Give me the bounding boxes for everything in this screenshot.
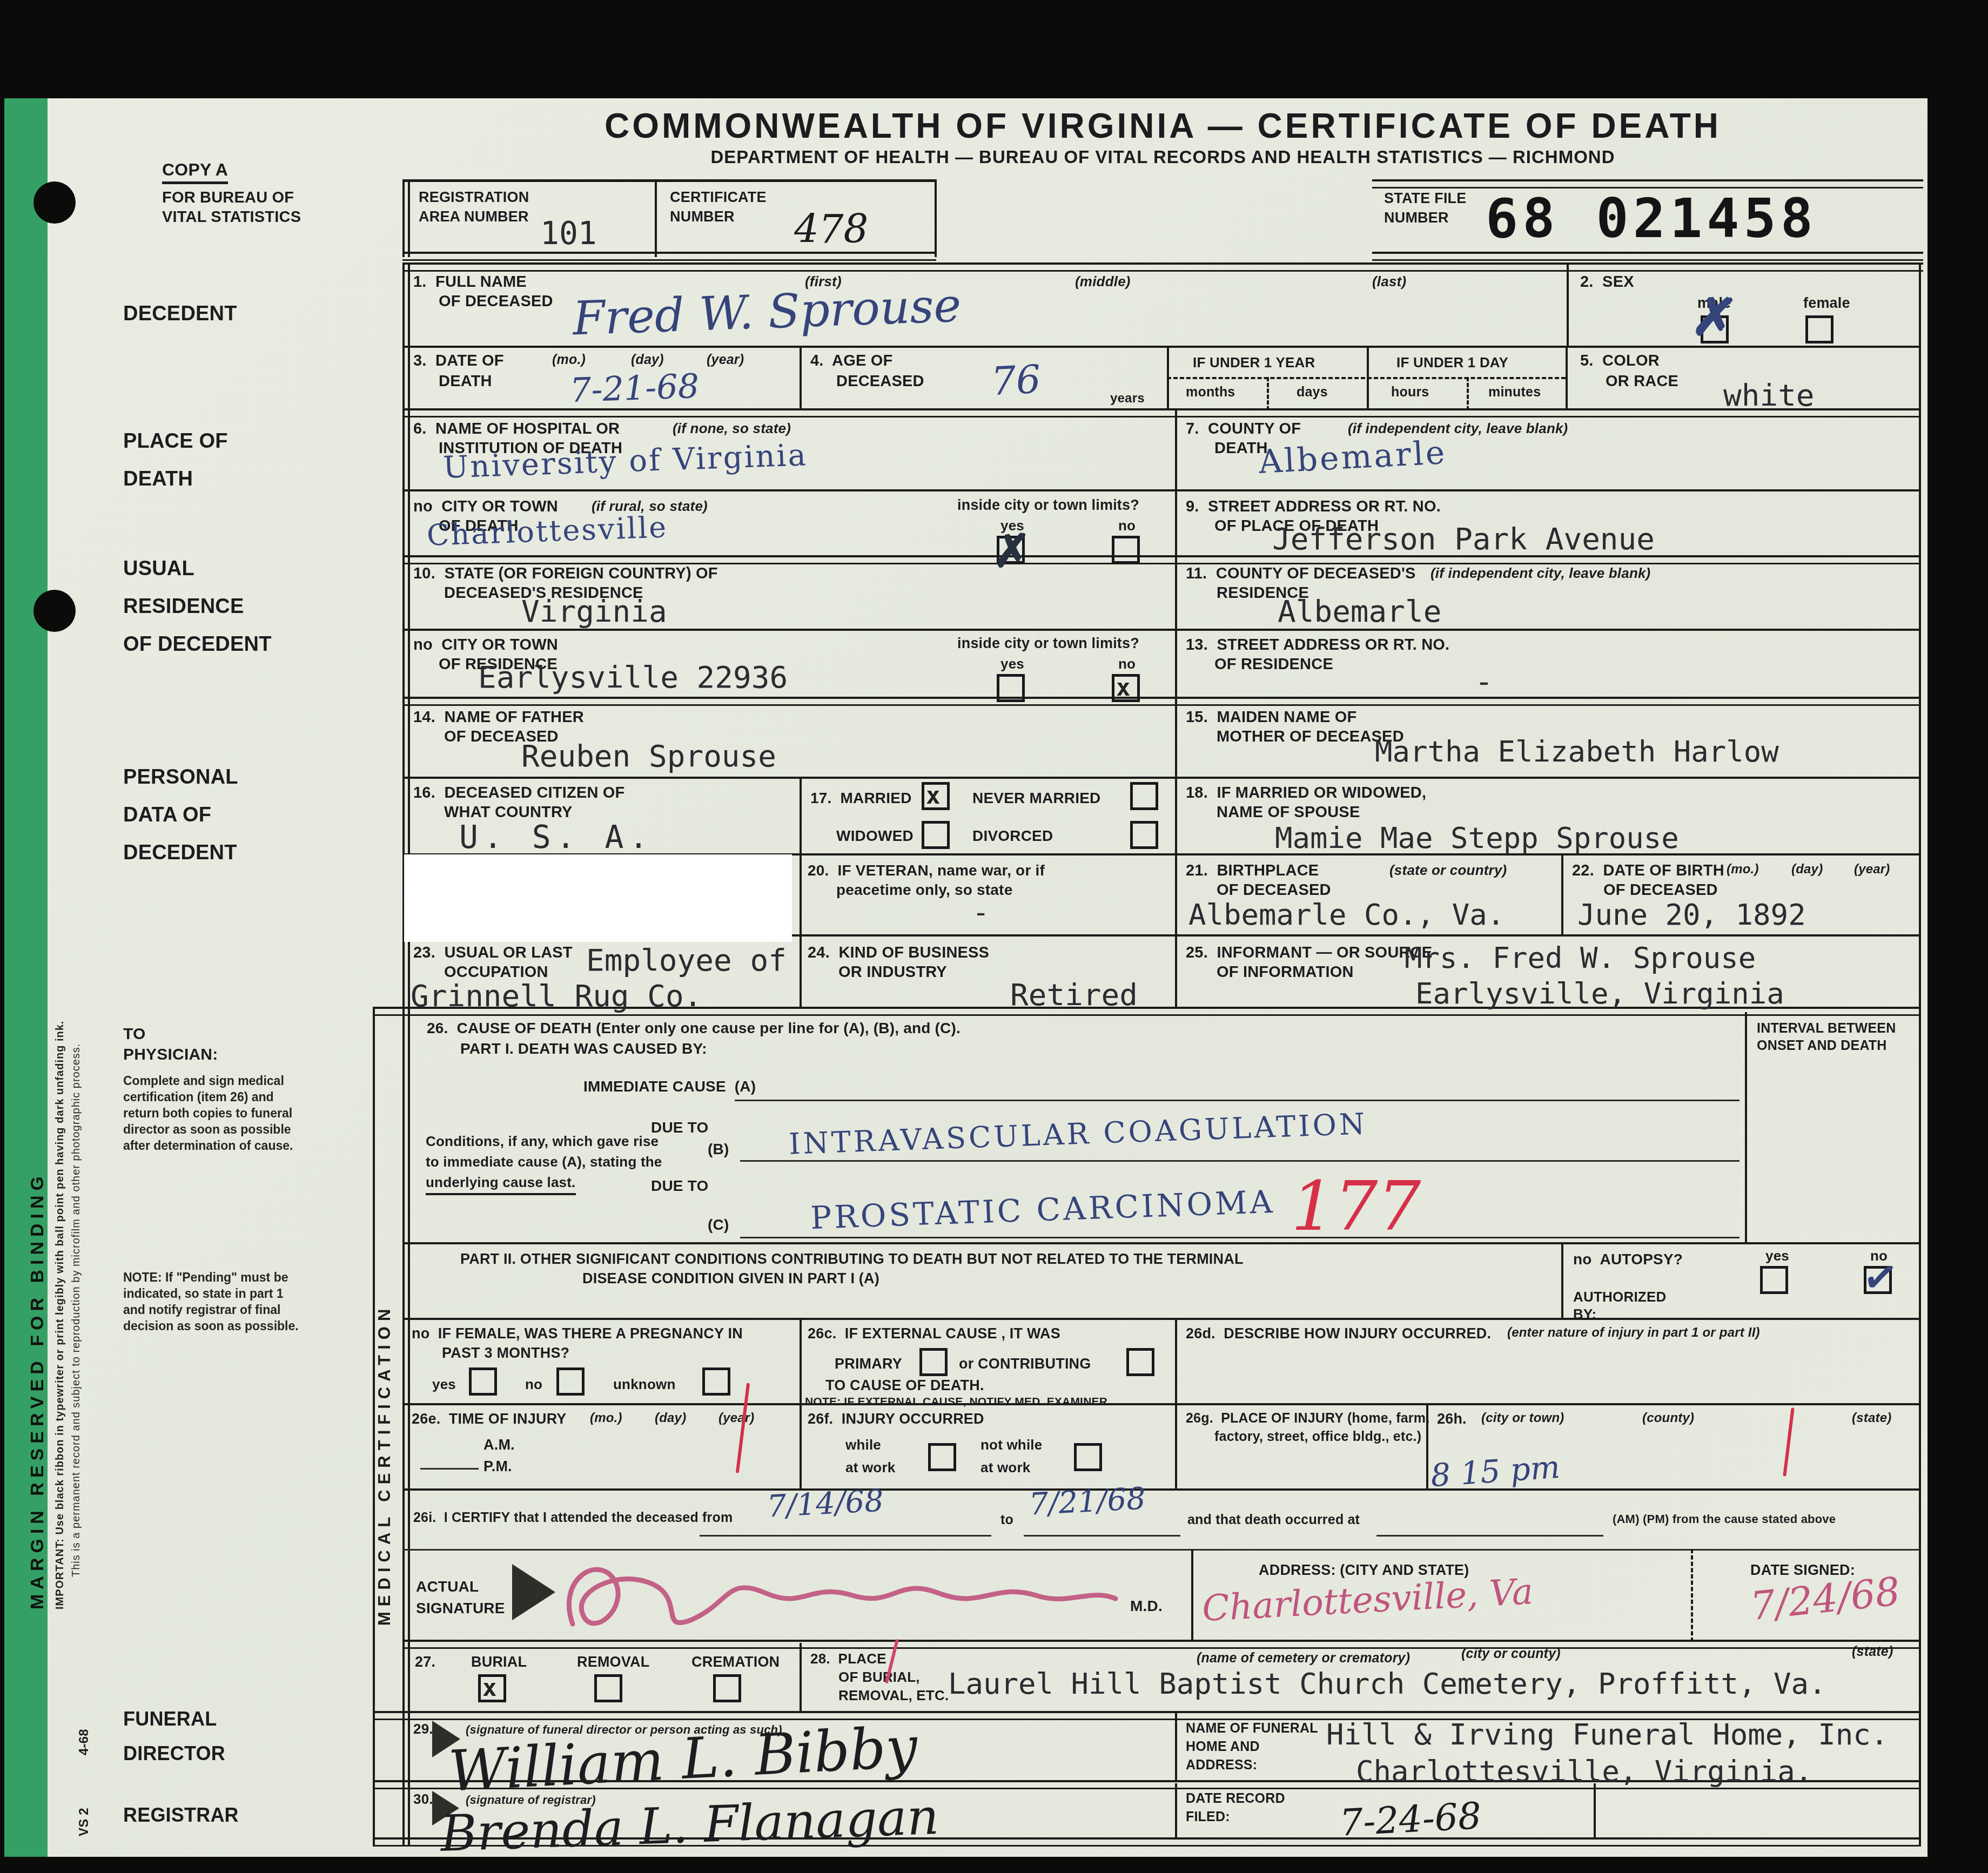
f13-label2: OF RESIDENCE: [1214, 656, 1333, 673]
f26a-auth2: BY:: [1573, 1306, 1596, 1323]
f26-part1: PART I. DEATH WAS CAUSED BY:: [460, 1040, 707, 1057]
f25-label2: OF INFORMATION: [1217, 964, 1354, 981]
f8-no-checkbox[interactable]: [1112, 536, 1140, 564]
f29-home-label3: ADDRESS:: [1186, 1757, 1257, 1773]
f26-cond3: underlying cause last.: [426, 1174, 576, 1195]
f30-date-label1: DATE RECORD: [1186, 1791, 1285, 1807]
f26g-label2: factory, street, office bldg., etc.): [1214, 1429, 1421, 1445]
f17-married-mark: x: [926, 782, 941, 810]
side-medical-certification: MEDICAL CERTIFICATION: [375, 1042, 394, 1626]
f28-hint2: (city or county): [1461, 1646, 1561, 1662]
f28-value[interactable]: Laurel Hill Baptist Church Cemetery, Pro…: [948, 1667, 1826, 1701]
f1-label1: 1. FULL NAME: [413, 273, 527, 291]
f5-label1: 5. COLOR: [1580, 352, 1660, 370]
f3-mo-hint: (mo.): [552, 352, 586, 368]
f26i-occurred-label: and that death occurred at: [1187, 1512, 1360, 1528]
f26b-label1: no IF FEMALE, WAS THERE A PREGNANCY IN: [412, 1325, 743, 1342]
redaction-box: [404, 854, 792, 942]
punch-hole: [33, 181, 76, 224]
f29-home-label2: HOME AND: [1186, 1739, 1260, 1755]
side-funeral2: DIRECTOR: [123, 1742, 225, 1765]
certificate-number-label1: CERTIFICATE: [670, 189, 767, 206]
f2-male-mark: ✗: [1689, 283, 1741, 351]
side-funeral1: FUNERAL: [123, 1708, 217, 1730]
f26c-contributing-checkbox[interactable]: [1126, 1348, 1154, 1376]
margin-binding-text: MARGIN RESERVED FOR BINDING: [27, 934, 48, 1609]
f12-label1: no CITY OR TOWN: [413, 636, 558, 654]
f26a-auth1: AUTHORIZED: [1573, 1289, 1666, 1305]
registration-area-label1: REGISTRATION: [419, 189, 529, 206]
f26a-yes-checkbox[interactable]: [1760, 1266, 1788, 1294]
f26e-mo-hint: (mo.): [590, 1411, 622, 1426]
f26-interval1: INTERVAL BETWEEN: [1757, 1021, 1896, 1036]
f17-divorced-label: DIVORCED: [972, 827, 1053, 845]
page-subtitle: DEPARTMENT OF HEALTH — BUREAU OF VITAL R…: [402, 147, 1923, 167]
f12-value[interactable]: Earlysville 22936: [478, 660, 788, 695]
f22-yr-hint: (year): [1854, 862, 1890, 877]
page-title: COMMONWEALTH OF VIRGINIA — CERTIFICATE O…: [402, 106, 1923, 146]
f13-label1: 13. STREET ADDRESS OR RT. NO.: [1186, 636, 1449, 654]
f26i-to-value[interactable]: 7/21/68: [1028, 1481, 1146, 1522]
f26-code-mark: 177: [1291, 1167, 1421, 1246]
f26i-to-label: to: [1000, 1512, 1013, 1528]
f26b-label2: PAST 3 MONTHS?: [442, 1345, 569, 1362]
f21-hint: (state or country): [1389, 862, 1507, 879]
f26f-notwhile-checkbox[interactable]: [1074, 1443, 1102, 1471]
f26b-yes-label: yes: [432, 1376, 456, 1393]
f12-no-mark: x: [1116, 674, 1131, 702]
f26f-notwhile-label2: at work: [980, 1459, 1030, 1476]
f18-label1: 18. IF MARRIED OR WIDOWED,: [1186, 784, 1426, 802]
f10-label1: 10. STATE (OR FOREIGN COUNTRY) OF: [413, 565, 718, 583]
f26c-label2: TO CAUSE OF DEATH.: [825, 1377, 984, 1394]
f20-value[interactable]: -: [972, 897, 989, 929]
f26e-day-hint: (day): [655, 1411, 686, 1426]
f6-label1: 6. NAME OF HOSPITAL OR: [413, 420, 620, 438]
f2-female-label: female: [1803, 295, 1850, 312]
f26e-yr-hint: (year): [718, 1411, 755, 1426]
f17-widowed-checkbox[interactable]: [922, 821, 950, 849]
f26e-label: 26e. TIME OF INJURY: [412, 1411, 567, 1427]
f27-cremation-checkbox[interactable]: [713, 1674, 741, 1702]
f2-female-checkbox[interactable]: [1805, 315, 1833, 343]
f24-label2: OR INDUSTRY: [838, 964, 947, 981]
f26-due2: DUE TO: [651, 1177, 708, 1195]
f27-burial-label: BURIAL: [471, 1654, 527, 1670]
side-personal1: PERSONAL: [123, 766, 238, 789]
side-usual1: USUAL: [123, 557, 194, 581]
f28-hint3: (state): [1852, 1644, 1893, 1660]
f27-burial-mark: x: [482, 1674, 497, 1702]
f27-removal-label: REMOVAL: [577, 1654, 649, 1670]
sig-label1: ACTUAL: [416, 1578, 479, 1595]
f27-removal-checkbox[interactable]: [594, 1674, 622, 1702]
f11-value[interactable]: Albemarle: [1278, 594, 1441, 629]
f25-value1[interactable]: Mrs. Fred W. Sprouse: [1405, 941, 1756, 975]
f13-value[interactable]: -: [1475, 664, 1493, 699]
f26e-am-label: A.M.: [483, 1437, 515, 1453]
f22-day-hint: (day): [1791, 862, 1823, 877]
f26h-county-hint: (county): [1642, 1411, 1694, 1426]
f17-never-label: NEVER MARRIED: [972, 790, 1101, 807]
certificate-number-value: 478: [794, 206, 868, 252]
f18-label2: NAME OF SPOUSE: [1217, 804, 1360, 821]
f26-due1: DUE TO: [651, 1119, 708, 1136]
f25-label1: 25. INFORMANT — OR SOURCE: [1186, 944, 1432, 962]
f17-married-label: 17. MARRIED: [810, 790, 912, 807]
f8-no-label: no: [1118, 517, 1136, 534]
side-personal3: DECEDENT: [123, 841, 237, 865]
f20-label1: 20. IF VETERAN, name war, or if: [808, 862, 1045, 879]
state-file-value: 68 021458: [1486, 187, 1817, 250]
f30-no: 30.: [413, 1791, 433, 1808]
f26-head: 26. CAUSE OF DEATH (Enter only one cause…: [427, 1020, 961, 1037]
f30-date-value[interactable]: 7-24-68: [1339, 1795, 1482, 1845]
f8-yes-mark: ✗: [993, 524, 1031, 577]
f26e-pm-label: P.M.: [483, 1458, 512, 1475]
f1-middle-hint: (middle): [1075, 273, 1131, 290]
f9-value[interactable]: Jefferson Park Avenue: [1272, 522, 1655, 557]
f4-years-label: years: [1110, 391, 1145, 406]
f26c-primary-checkbox[interactable]: [919, 1348, 948, 1376]
f18-value[interactable]: Mamie Mae Stepp Sprouse: [1275, 821, 1679, 855]
side-pending-note: NOTE: If "Pending" must be indicated, so…: [123, 1269, 301, 1334]
f5-value[interactable]: white: [1723, 378, 1815, 413]
under-days-label: days: [1297, 385, 1328, 400]
f10-value[interactable]: Virginia: [521, 594, 667, 629]
under-minutes-label: minutes: [1488, 385, 1541, 400]
f4-label1: 4. AGE OF: [810, 352, 892, 370]
f29-no: 29.: [413, 1721, 433, 1737]
certificate-number-label2: NUMBER: [670, 208, 735, 225]
f26f-label: 26f. INJURY OCCURRED: [808, 1411, 984, 1427]
physician-signature[interactable]: [551, 1546, 1124, 1646]
f23-value2[interactable]: Grinnell Rug Co.: [411, 979, 702, 1014]
death-certificate-scan: MARGIN RESERVED FOR BINDING IMPORTANT: U…: [0, 0, 1988, 1873]
side-personal2: DATA OF: [123, 804, 211, 827]
f4-label2: DECEASED: [836, 373, 924, 390]
under-1-year-label: IF UNDER 1 YEAR: [1193, 354, 1315, 371]
side-tophysician-note: Complete and sign medical certification …: [123, 1073, 301, 1154]
f26b-unknown-label: unknown: [613, 1376, 676, 1393]
f16-label1: 16. DECEASED CITIZEN OF: [413, 784, 625, 802]
f21-value[interactable]: Albemarle Co., Va.: [1188, 898, 1505, 932]
f26g-label1: 26g. PLACE OF INJURY (home, farm,: [1186, 1411, 1429, 1426]
f11-hint: (if independent city, leave blank): [1430, 565, 1650, 582]
f26-cond1: Conditions, if any, which gave rise: [426, 1133, 659, 1150]
f22-label1: 22. DATE OF BIRTH: [1572, 862, 1724, 880]
sig-label2: SIGNATURE: [416, 1600, 505, 1617]
f26-c-label: (C): [708, 1216, 729, 1234]
f26h-city-hint: (city or town): [1481, 1411, 1564, 1426]
f24-label1: 24. KIND OF BUSINESS: [808, 944, 989, 962]
f26f-while-label1: while: [845, 1437, 881, 1453]
f26a-label: no AUTOPSY?: [1573, 1251, 1683, 1268]
f26d-hint: (enter nature of injury in part 1 or par…: [1507, 1325, 1760, 1340]
side-tophysician1: TO: [123, 1025, 146, 1043]
f15-value[interactable]: Martha Elizabeth Harlow: [1375, 735, 1779, 769]
f17-widowed-label: WIDOWED: [836, 827, 914, 845]
f5-label2: OR RACE: [1606, 373, 1678, 390]
side-place2: DEATH: [123, 468, 193, 491]
f29-value2[interactable]: Charlottesville, Virginia.: [1356, 1754, 1812, 1788]
f7-label1: 7. COUNTY OF: [1186, 420, 1301, 438]
f12-no-label: no: [1118, 656, 1136, 672]
f2-label: 2. SEX: [1580, 273, 1634, 291]
signature-arrow-icon: [512, 1564, 555, 1620]
margin-permanent-text: This is a permanent record and subject t…: [70, 518, 83, 1577]
f26-part2b: DISEASE CONDITION GIVEN IN PART I (A): [582, 1270, 879, 1287]
f26-part2a: PART II. OTHER SIGNIFICANT CONDITIONS CO…: [460, 1251, 1244, 1268]
registration-area-value: 101: [540, 215, 597, 252]
f17-divorced-checkbox[interactable]: [1130, 821, 1158, 849]
form-revision: 4-68: [77, 1690, 92, 1755]
f26c-note: NOTE: IF EXTERNAL CAUSE, NOTIFY MED. EXA…: [805, 1396, 1107, 1409]
form-number: VS 2: [77, 1771, 92, 1836]
f3-value[interactable]: 7-21-68: [569, 366, 700, 410]
f7-hint: (if independent city, leave blank): [1348, 420, 1568, 437]
f21-label2: OF DECEASED: [1217, 881, 1331, 899]
under-hours-label: hours: [1391, 385, 1429, 400]
f3-yr-hint: (year): [707, 352, 744, 368]
f26-interval2: ONSET AND DEATH: [1757, 1038, 1887, 1054]
copy-for-line1: FOR BUREAU OF: [162, 189, 294, 207]
f26h-label: 26h.: [1437, 1411, 1467, 1427]
f1-last-hint: (last): [1372, 273, 1406, 290]
f12-yes-label: yes: [1000, 656, 1024, 672]
f14-label1: 14. NAME OF FATHER: [413, 709, 584, 726]
side-registrar: REGISTRAR: [123, 1804, 239, 1827]
f23-label1: 23. USUAL OR LAST: [413, 944, 573, 962]
state-file-label1: STATE FILE: [1384, 190, 1467, 207]
f14-value[interactable]: Reuben Sprouse: [521, 739, 776, 774]
f22-mo-hint: (mo.): [1727, 862, 1759, 877]
f11-label1: 11. COUNTY OF DECEASED'S: [1186, 565, 1416, 583]
f22-label2: OF DECEASED: [1603, 881, 1718, 899]
f26a-yes-label: yes: [1765, 1248, 1789, 1264]
f12-yes-checkbox[interactable]: [997, 674, 1025, 702]
f28-label2: OF BURIAL,: [838, 1669, 920, 1686]
f28-label1: 28. PLACE: [810, 1650, 886, 1667]
f6-hint: (if none, so state): [673, 420, 791, 437]
f28-hint1: (name of cemetery or crematory): [1197, 1650, 1410, 1666]
f22-value[interactable]: June 20, 1892: [1577, 898, 1806, 932]
f26d-label: 26d. DESCRIBE HOW INJURY OCCURRED.: [1186, 1325, 1491, 1342]
f26i-from-value[interactable]: 7/14/68: [766, 1483, 884, 1524]
side-place1: PLACE OF: [123, 430, 228, 453]
f27-cremation-label: CREMATION: [691, 1654, 780, 1670]
f26c-primary-label: PRIMARY: [835, 1356, 902, 1372]
f16-value[interactable]: U. S. A.: [459, 819, 653, 855]
sig-md-label: M.D.: [1130, 1598, 1163, 1615]
f26i-label: 26i. I CERTIFY that I attended the decea…: [413, 1510, 733, 1526]
f26b-no-label: no: [525, 1376, 542, 1393]
f24-value[interactable]: Retired: [1010, 978, 1138, 1013]
f3-day-hint: (day): [631, 352, 664, 368]
f9-label1: 9. STREET ADDRESS OR RT. NO.: [1186, 498, 1441, 516]
f27-no: 27.: [415, 1654, 435, 1670]
f26-cond2: to immediate cause (A), stating the: [426, 1154, 662, 1170]
f3-label1: 3. DATE OF: [413, 352, 504, 370]
side-usual2: RESIDENCE: [123, 595, 244, 618]
f15-label1: 15. MAIDEN NAME OF: [1186, 709, 1356, 726]
f8-limits-label: inside city or town limits?: [957, 497, 1139, 514]
f23-value1[interactable]: Employee of: [586, 943, 787, 978]
f26-immediate-label: IMMEDIATE CAUSE (A): [583, 1078, 756, 1095]
f26b-unknown-checkbox[interactable]: [702, 1367, 730, 1396]
f26a-no-mark: ✓: [1859, 1251, 1901, 1304]
margin-important-text: IMPORTANT: Use black ribbon in typewrite…: [54, 464, 66, 1609]
f3-label2: DEATH: [439, 373, 492, 390]
f8-label1: no CITY OR TOWN: [413, 498, 558, 516]
f26-b-label: (B): [708, 1141, 729, 1158]
f26b-yes-checkbox[interactable]: [469, 1367, 497, 1396]
side-decedent: DECEDENT: [123, 302, 237, 326]
f29-value1[interactable]: Hill & Irving Funeral Home, Inc.: [1326, 1717, 1888, 1751]
f26i-ampm-label: (AM) (PM) from the cause stated above: [1613, 1512, 1836, 1526]
f26h-state-hint: (state): [1852, 1411, 1891, 1426]
side-usual3: OF DECEDENT: [123, 633, 272, 656]
f30-date-label2: FILED:: [1186, 1809, 1230, 1825]
under-months-label: months: [1186, 385, 1235, 400]
f1-label2: OF DECEASED: [439, 293, 553, 311]
f12-limits-label: inside city or town limits?: [957, 635, 1139, 652]
under-1-day-label: IF UNDER 1 DAY: [1396, 354, 1508, 371]
f29-home-label1: NAME OF FUNERAL: [1186, 1721, 1318, 1736]
f4-value[interactable]: 76: [990, 356, 1042, 405]
f17-never-checkbox[interactable]: [1130, 782, 1158, 810]
f26c-contributing-label: or CONTRIBUTING: [959, 1356, 1091, 1372]
f25-value2[interactable]: Earlysville, Virginia: [1415, 976, 1784, 1010]
f21-label1: 21. BIRTHPLACE: [1186, 862, 1319, 880]
f26f-while-label2: at work: [845, 1459, 895, 1476]
copy-label: COPY A: [162, 160, 228, 184]
f26f-notwhile-label1: not while: [980, 1437, 1042, 1453]
f26f-while-checkbox[interactable]: [928, 1443, 956, 1471]
f26c-label1: 26c. IF EXTERNAL CAUSE , IT WAS: [808, 1325, 1060, 1342]
registration-area-label2: AREA NUMBER: [419, 208, 529, 225]
f26b-no-checkbox[interactable]: [556, 1367, 585, 1396]
side-tophysician2: PHYSICIAN:: [123, 1046, 218, 1064]
f28-label3: REMOVAL, ETC.: [838, 1687, 949, 1704]
copy-for-line2: VITAL STATISTICS: [162, 208, 301, 226]
state-file-label2: NUMBER: [1384, 210, 1449, 226]
